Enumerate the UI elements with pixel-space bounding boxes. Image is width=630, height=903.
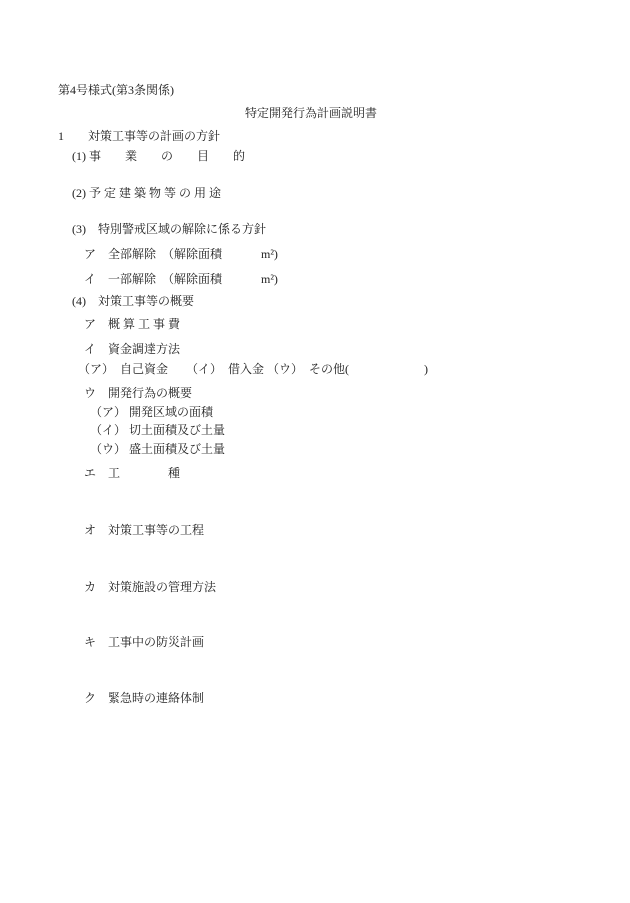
item-1-4-a-estimated-cost: ア 概 算 工 事 費 bbox=[84, 317, 180, 331]
item-1-2-planned-building-use: (2) 予 定 建 築 物 等 の 用 途 bbox=[72, 186, 221, 200]
section-1-heading: 1 対策工事等の計画の方針 bbox=[58, 129, 220, 143]
item-1-4-i-funding-options: （ア） 自己資金 （イ） 借入金 （ウ） その他( ) bbox=[78, 362, 428, 376]
item-1-4-ka-facility-management: カ 対策施設の管理方法 bbox=[84, 580, 216, 594]
item-1-4-ki-disaster-plan: キ 工事中の防災計画 bbox=[84, 635, 204, 649]
item-1-3-special-zone-removal: (3) 特別警戒区域の解除に係る方針 bbox=[72, 222, 266, 236]
item-1-4-works-overview: (4) 対策工事等の概要 bbox=[72, 294, 194, 308]
form-number: 第4号様式(第3条関係) bbox=[58, 83, 174, 97]
item-1-4-u-1-area: （ア） 開発区域の面積 bbox=[90, 405, 213, 419]
item-1-3-a-full-removal: ア 全部解除 （解除面積 m²) bbox=[84, 247, 278, 261]
item-1-4-e-work-type: エ 工 種 bbox=[84, 466, 180, 480]
item-1-4-o-work-schedule: オ 対策工事等の工程 bbox=[84, 523, 204, 537]
item-1-4-u-2-cut: （イ） 切土面積及び土量 bbox=[90, 423, 225, 437]
item-1-3-i-partial-removal: イ 一部解除 （解除面積 m²) bbox=[84, 272, 278, 286]
item-1-4-u-development-overview: ウ 開発行為の概要 bbox=[84, 386, 192, 400]
document-title: 特定開発行為計画説明書 bbox=[245, 106, 377, 120]
item-1-4-u-3-fill: （ウ） 盛土面積及び土量 bbox=[90, 442, 225, 456]
document-page: 第4号様式(第3条関係)特定開発行為計画説明書1 対策工事等の計画の方針(1) … bbox=[0, 0, 630, 903]
item-1-4-i-funding-method: イ 資金調達方法 bbox=[84, 342, 180, 356]
item-1-1-business-purpose: (1) 事 業 の 目 的 bbox=[72, 149, 245, 163]
item-1-4-ku-emergency-contact: ク 緊急時の連絡体制 bbox=[84, 691, 204, 705]
